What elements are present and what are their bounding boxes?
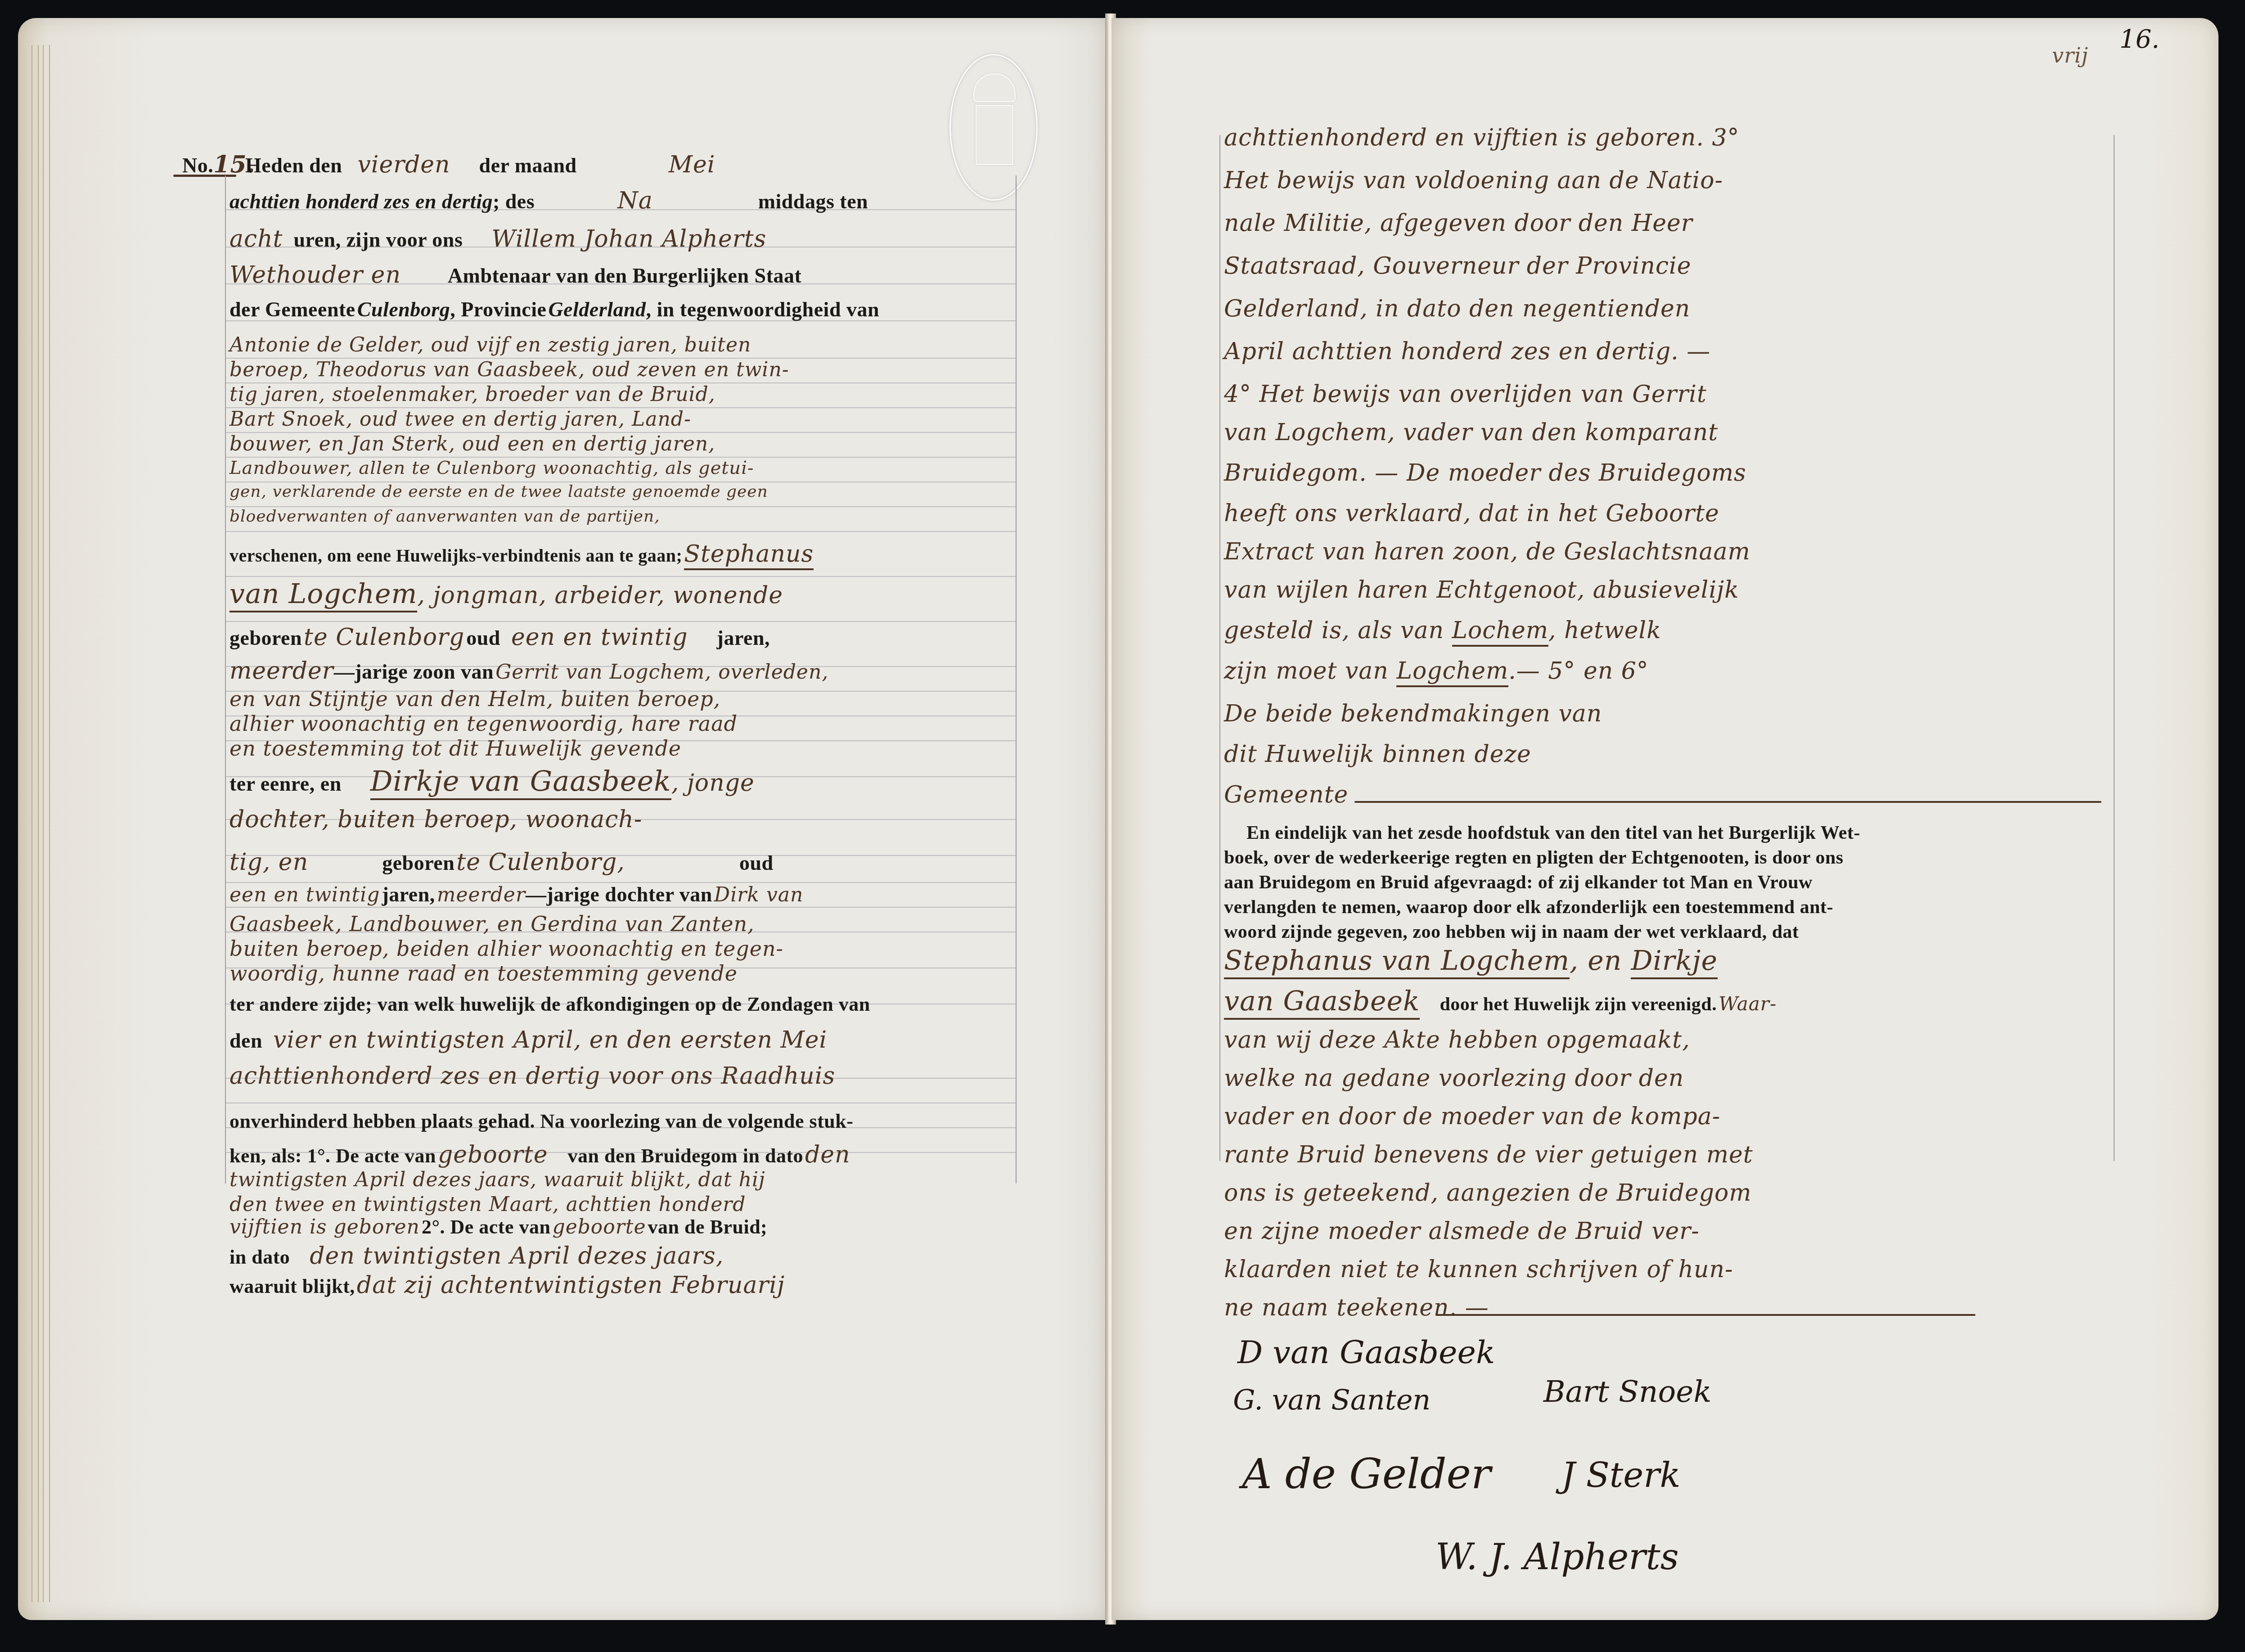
right-page: vrij 16. achttienhonderd en vijftien is … — [1111, 18, 2218, 1620]
entry-line-23: tig, en geboren te Culenborg, oud — [229, 851, 774, 874]
signature-bride: D van Gaasbeek — [1237, 1337, 1495, 1368]
seal-crown-icon — [973, 73, 1016, 102]
entry-line-6: Antonie de Gelder, oud vijf en zestig ja… — [229, 335, 751, 355]
entry-line-16: geboren te Culenborg oud een en twintig … — [229, 626, 770, 649]
entry-line-29: den vier en twintigsten April, en den ee… — [229, 1028, 827, 1052]
entry-line-10: heeft ons verklaard, dat in het Geboorte — [1224, 502, 1719, 525]
entry-line-12: gen, verklarende de eerste en de twee la… — [229, 484, 768, 500]
entry-line-17: meerder—jarige zoon van Gerrit van Logch… — [229, 659, 828, 683]
entry-line-11: Extract van haren zoon, de Geslachtsnaam — [1224, 540, 1750, 563]
entry-line-13: gesteld is, als van Lochem, hetwelk — [1224, 619, 1661, 642]
entry-line-8: van Logchem, vader van den komparant — [1224, 421, 1718, 444]
entry-line-9: Bart Snoek, oud twee en dertig jaren, La… — [229, 410, 691, 429]
folio-annotation: vrij — [2052, 45, 2088, 66]
entry-line-5: der Gemeente Culenborg, Provincie Gelder… — [229, 299, 879, 320]
entry-line-6: April achttien honderd zes en dertig. — — [1224, 340, 1710, 363]
entry-line-13: bloedverwanten of aanverwanten van de pa… — [229, 509, 660, 525]
signature-witness: G. van Santen — [1233, 1386, 1431, 1414]
closing-rule — [1354, 801, 2101, 803]
entry-line-34: den twee en twintigsten Maart, achttien … — [229, 1195, 746, 1215]
signature-registrar: W. J. Alpherts — [1435, 1539, 1679, 1575]
entry-line-26: buiten beroep, beiden alhier woonachtig … — [229, 938, 783, 959]
left-page: No.15. Heden den vierden der maand Mei a… — [18, 18, 1107, 1620]
entry-line-35: vijftien is geboren 2°. De acte van gebo… — [229, 1217, 767, 1237]
entry-line-5: Gelderland, in dato den negentienden — [1224, 297, 1690, 320]
entry-line-15: van Logchem, jongman, arbeider, wonende — [229, 581, 783, 608]
entry-line-16: dit Huwelijk binnen deze — [1224, 743, 1531, 766]
entry-line-28: ter andere zijde; van welk huwelijk de a… — [229, 995, 870, 1014]
entry-line-1: achttienhonderd en vijftien is geboren. … — [1224, 126, 1740, 149]
entry-line-21: ter eenre, en Dirkje van Gaasbeek, jonge — [229, 767, 755, 795]
entry-line-14: zijn moet van Logchem.— 5° en 6° — [1224, 659, 1649, 683]
page-edge-stack — [43, 45, 50, 1602]
closing-line-2: van Gaasbeek door het Huwelijk zijn vere… — [1224, 988, 1777, 1015]
entry-line-10: bouwer, en Jan Sterk, oud een en dertig … — [229, 434, 715, 454]
entry-line-7: beroep, Theodorus van Gaasbeek, oud zeve… — [229, 360, 789, 380]
entry-line-2: achttien honderd zes en dertig; des Na m… — [229, 189, 868, 212]
closing-line-3: van wij deze Akte hebben opgemaakt, — [1224, 1028, 1690, 1052]
entry-line-19: alhier woonachtig en tegenwoordig, hare … — [229, 713, 738, 734]
entry-line-27: woordig, hunne raad en toestemming geven… — [229, 963, 738, 984]
entry-line-7: 4° Het bewijs van overlijden van Gerrit — [1224, 383, 1707, 406]
entry-line-15: De beide bekendmakingen van — [1224, 702, 1602, 725]
entry-line-33: twintigsten April dezes jaars, waaruit b… — [229, 1170, 765, 1190]
printed-paragraph-line-3: aan Bruidegom en Bruid afgevraagd: of zi… — [1224, 873, 1813, 892]
entry-line-25: Gaasbeek, Landbouwer, en Gerdina van Zan… — [229, 914, 755, 934]
entry-line-36: in dato den twintigsten April dezes jaar… — [229, 1244, 724, 1268]
entry-line-3: acht uren, zijn voor ons Willem Johan Al… — [229, 227, 766, 251]
closing-line-5: vader en door de moeder van de kompa- — [1224, 1105, 1720, 1128]
entry-line-9: Bruidegom. — De moeder des Bruidegoms — [1224, 461, 1746, 485]
open-register-book: No.15. Heden den vierden der maand Mei a… — [0, 0, 2245, 1652]
entry-line-18: en van Stijntje van den Helm, buiten ber… — [229, 689, 720, 709]
seal-shield-icon — [976, 105, 1013, 165]
entry-line-12: van wijlen haren Echtgenoot, abusievelij… — [1224, 578, 1739, 602]
entry-line-32: ken, als: 1°. De acte van geboorte van d… — [229, 1143, 850, 1166]
closing-line-8: en zijne moeder alsmede de Bruid ver- — [1224, 1220, 1700, 1243]
printed-paragraph-line-4: verlangden te nemen, waarop door elk afz… — [1224, 898, 1833, 917]
entry-line-4: Wethouder en Ambtenaar van den Burgerlij… — [229, 263, 801, 287]
entry-line-37: waaruit blijkt, dat zij achtentwintigste… — [229, 1274, 785, 1297]
entry-line-24: een en twintig jaren, meerder—jarige doc… — [229, 884, 803, 905]
closing-line-7: ons is geteekend, aangezien de Bruidegom — [1224, 1181, 1752, 1205]
entry-line-4: Staatsraad, Gouverneur der Provincie — [1224, 254, 1691, 278]
entry-line-22: dochter, buiten beroep, woonach- — [229, 808, 642, 831]
entry-line-30: achttienhonderd zes en dertig voor ons R… — [229, 1064, 835, 1088]
folio-number: 16. — [2119, 27, 2160, 52]
signature-witness: J Sterk — [1561, 1458, 1681, 1492]
closing-line-4: welke na gedane voorlezing door den — [1224, 1067, 1684, 1090]
entry-line-11: Landbouwer, allen te Culenborg woonachti… — [229, 459, 754, 477]
entry-line-20: en toestemming tot dit Huwelijk gevende — [229, 738, 681, 759]
signature-witness: Bart Snoek — [1543, 1377, 1711, 1407]
entry-line-17: Gemeente — [1224, 783, 1348, 806]
entry-line-2: Het bewijs van voldoening aan de Natio- — [1224, 169, 1723, 192]
printed-paragraph-line-2: boek, over de wederkeerige regten en pli… — [1224, 848, 1844, 867]
entry-line-8: tig jaren, stoelenmaker, broeder van de … — [229, 385, 715, 405]
entry-line-3: nale Militie, afgegeven door den Heer — [1224, 212, 1693, 235]
signature-witness: A de Gelder — [1242, 1454, 1491, 1495]
entry-line-14: verschenen, om eene Huwelijks-verbindten… — [229, 542, 814, 566]
printed-paragraph-line-5: woord zijnde gegeven, zoo hebben wij in … — [1224, 923, 1799, 941]
closing-line-9: klaarden niet te kunnen schrijven of hun… — [1224, 1258, 1733, 1281]
act-number: No.15. — [182, 153, 256, 176]
closing-line-10: ne naam teekenen. — — [1224, 1296, 1489, 1319]
entry-line-31: onverhinderd hebben plaats gehad. Na voo… — [229, 1112, 853, 1131]
closing-line-1: Stephanus van Logchem, en Dirkje — [1224, 947, 1718, 974]
printed-paragraph-line-1: En eindelijk van het zesde hoofdstuk van… — [1246, 824, 1860, 842]
closing-rule — [1435, 1314, 1975, 1316]
closing-line-6: rante Bruid benevens de vier getuigen me… — [1224, 1143, 1753, 1166]
page-edge-stack — [31, 45, 39, 1602]
entry-line-1: Heden den vierden der maand Mei — [245, 153, 715, 176]
